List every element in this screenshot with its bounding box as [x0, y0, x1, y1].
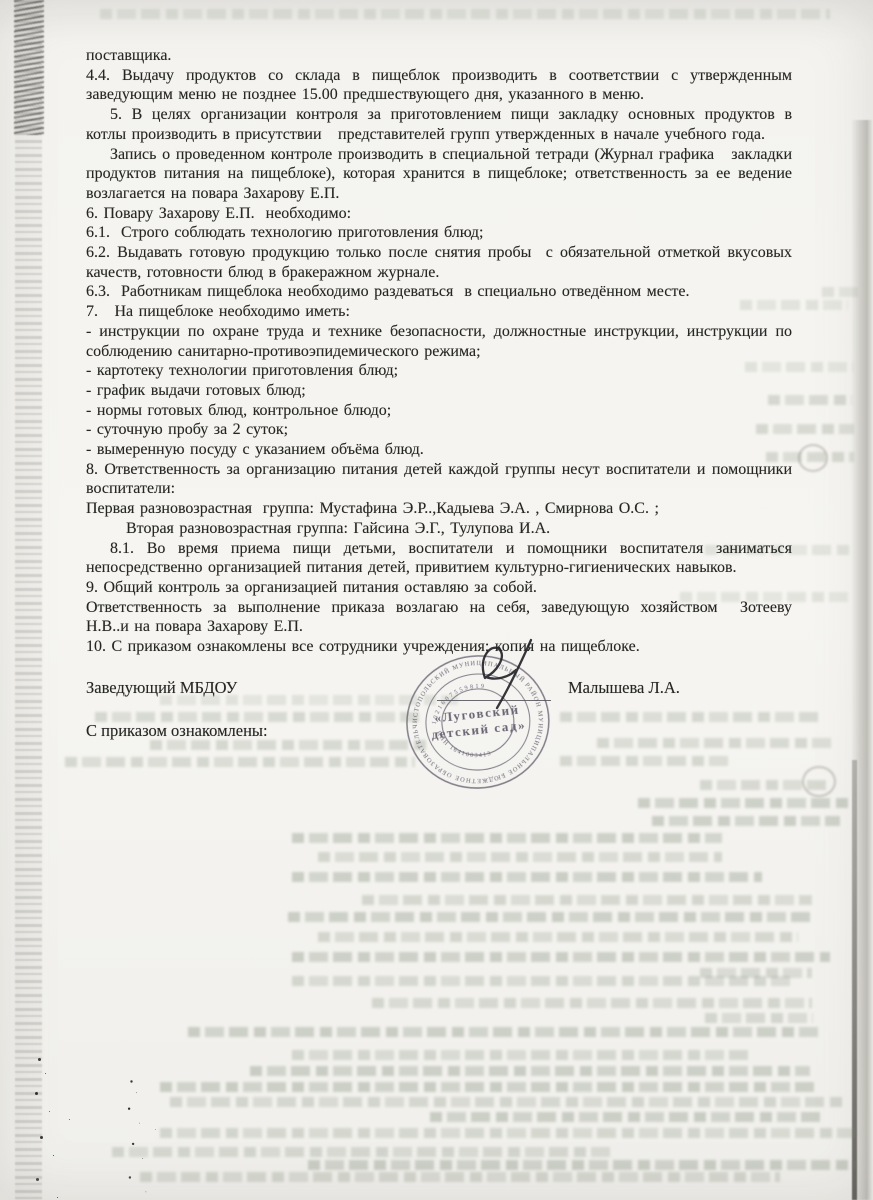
paragraph: - вымеренную посуду с указанием объёма б… — [86, 440, 792, 460]
ink-specks — [38, 1058, 41, 1061]
signer-name: Малышева Л.А. — [568, 678, 680, 698]
paragraph: 5. В целях организации контроля за приго… — [86, 105, 792, 144]
bleedthrough-line — [822, 287, 858, 297]
paragraph: Запись о проведенном контроле производит… — [86, 145, 792, 204]
paragraph: поставщика. — [86, 46, 792, 66]
scanned-order-page: поставщика. 4.4. Выдачу продуктов со скл… — [0, 0, 873, 1200]
bleedthrough-line — [140, 1172, 780, 1182]
paragraph: - суточную пробу за 2 суток; — [86, 420, 792, 440]
paragraph: - инструкции по охране труда и технике б… — [86, 322, 792, 361]
paragraph: Первая разновозрастная группа: Мустафина… — [86, 499, 792, 519]
paragraph: 9. Общий контроль за организацией питани… — [86, 578, 792, 598]
paragraph: - картотеку технологии приготовления блю… — [86, 361, 792, 381]
paragraph: 6.3. Работникам пищеблока необходимо раз… — [86, 282, 792, 302]
bleedthrough-line — [372, 998, 812, 1008]
paragraph: 4.4. Выдачу продуктов со склада в пищебл… — [86, 66, 792, 105]
bleedthrough-line — [170, 1097, 842, 1107]
paragraph: 6.2. Выдавать готовую продукцию только п… — [86, 243, 792, 282]
bleedthrough-line — [65, 757, 415, 767]
acknowledgement-label: С приказом ознакомлены: — [86, 721, 268, 741]
bleedthrough-line — [288, 912, 813, 922]
bleedthrough-line — [308, 1160, 856, 1170]
paragraph: 8. Ответственность за организацию питани… — [86, 460, 792, 499]
bleedthrough-line — [638, 798, 848, 808]
paragraph: - график выдачи готовых блюд; — [86, 381, 792, 401]
bleedthrough-line — [652, 816, 840, 826]
bleedthrough-line — [112, 1147, 612, 1157]
bleedthrough-line — [250, 1066, 810, 1076]
scan-left-edge-artifact — [15, 0, 42, 1200]
bleedthrough-line — [560, 712, 820, 722]
bleedthrough-line — [292, 952, 830, 962]
bleedthrough-line — [100, 9, 830, 19]
bleedthrough-line — [160, 1082, 820, 1092]
paragraph: 10. С приказом ознакомлены все сотрудник… — [86, 637, 792, 657]
bleedthrough-line — [318, 852, 722, 862]
paragraph: Ответственность за выполнение приказа во… — [86, 598, 792, 637]
paragraph: 6. Повару Захарову Е.П. необходимо: — [86, 204, 792, 224]
bleedthrough-line — [362, 895, 812, 905]
paragraph: 6.1. Строго соблюдать технологию пригото… — [86, 223, 792, 243]
bleedthrough-line — [188, 1027, 818, 1037]
paragraph: 7. На пищеблоке необходимо иметь: — [86, 302, 792, 322]
bleedthrough-line — [292, 872, 762, 882]
paragraph: - нормы готовых блюд, контрольное блюдо; — [86, 401, 792, 421]
bleedthrough-line — [597, 738, 835, 748]
order-body-text: поставщика. 4.4. Выдачу продуктов со скл… — [86, 46, 792, 657]
bleedthrough-line — [292, 976, 792, 986]
ink-specks — [130, 1080, 132, 1082]
bleedthrough-line — [318, 932, 798, 942]
bleedthrough-line — [292, 1050, 752, 1060]
paragraph: Вторая разновозрастная группа: Гайсина Э… — [86, 519, 792, 539]
bleedthrough-line — [430, 1112, 822, 1122]
scan-left-top-artifact — [14, 0, 44, 135]
handwritten-signature — [455, 636, 565, 721]
signer-role-label: Заведующий МБДОУ — [86, 678, 237, 697]
bleedthrough-line — [150, 740, 430, 750]
bleedthrough-line — [160, 1128, 860, 1138]
bleedthrough-line — [705, 1013, 813, 1023]
paragraph: 8.1. Во время приема пищи детьми, воспит… — [86, 539, 792, 578]
bleedthrough-line — [560, 756, 730, 766]
bleedthrough-line — [292, 833, 722, 843]
bleedthrough-line — [700, 780, 828, 790]
